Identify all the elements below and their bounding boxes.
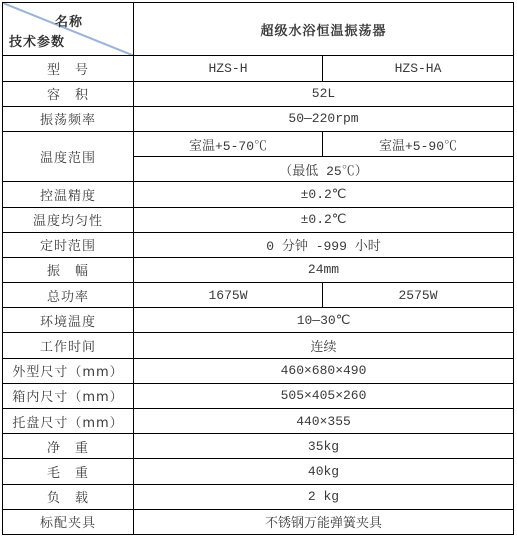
temperature-range-value-2: 室温+5-90℃ — [323, 131, 514, 156]
capacity-value: 52L — [134, 81, 514, 106]
inner-dimensions-value: 505×405×260 — [134, 383, 514, 408]
spec-table: 名称 技术参数 超级水浴恒温振荡器 型 号 HZS-H HZS-HA 容 积 5… — [2, 2, 514, 535]
corner-label-tech-params: 技术参数 — [9, 31, 65, 50]
timing-range-value: 0 分钟 -999 小时 — [134, 232, 514, 257]
oscillation-frequency-value: 50—220rpm — [134, 106, 514, 131]
temperature-range-note: （最低 25℃） — [134, 157, 514, 182]
amplitude-value: 24mm — [134, 257, 514, 282]
table-row-temperature-range: 温度范围 室温+5-70℃ 室温+5-90℃ — [3, 131, 514, 156]
standard-clamp-value: 不锈钢万能弹簧夹具 — [134, 509, 514, 534]
table-row-outer-dimensions: 外型尺寸（mm） 460×680×490 — [3, 358, 514, 383]
row-label: 箱内尺寸（mm） — [3, 383, 134, 408]
row-label: 型 号 — [3, 56, 134, 81]
total-power-value-1: 1675W — [134, 283, 323, 308]
load-value: 2 kg — [134, 484, 514, 509]
row-label: 容 积 — [3, 81, 134, 106]
table-row-oscillation-frequency: 振荡频率 50—220rpm — [3, 106, 514, 131]
table-row-working-time: 工作时间 连续 — [3, 333, 514, 358]
gross-weight-value: 40kg — [134, 459, 514, 484]
table-row-temp-uniformity: 温度均匀性 ±0.2℃ — [3, 207, 514, 232]
table-row-total-power: 总功率 1675W 2575W — [3, 283, 514, 308]
row-label: 毛 重 — [3, 459, 134, 484]
tray-dimensions-value: 440×355 — [134, 409, 514, 434]
table-row-inner-dimensions: 箱内尺寸（mm） 505×405×260 — [3, 383, 514, 408]
table-row-gross-weight: 毛 重 40kg — [3, 459, 514, 484]
row-label: 负 载 — [3, 484, 134, 509]
table-row-temp-control-accuracy: 控温精度 ±0.2℃ — [3, 182, 514, 207]
ambient-temperature-value: 10—30℃ — [134, 308, 514, 333]
table-row-timing-range: 定时范围 0 分钟 -999 小时 — [3, 232, 514, 257]
product-title: 超级水浴恒温振荡器 — [134, 3, 514, 56]
row-label: 温度范围 — [3, 131, 134, 181]
row-label: 净 重 — [3, 434, 134, 459]
table-row-capacity: 容 积 52L — [3, 81, 514, 106]
row-label: 温度均匀性 — [3, 207, 134, 232]
row-label: 控温精度 — [3, 182, 134, 207]
row-label: 振荡频率 — [3, 106, 134, 131]
model-value-2: HZS-HA — [323, 56, 514, 81]
table-row-net-weight: 净 重 35kg — [3, 434, 514, 459]
net-weight-value: 35kg — [134, 434, 514, 459]
row-label: 工作时间 — [3, 333, 134, 358]
row-label: 定时范围 — [3, 232, 134, 257]
table-row-model: 型 号 HZS-H HZS-HA — [3, 56, 514, 81]
row-label: 托盘尺寸（mm） — [3, 409, 134, 434]
row-label: 外型尺寸（mm） — [3, 358, 134, 383]
working-time-value: 连续 — [134, 333, 514, 358]
temp-control-accuracy-value: ±0.2℃ — [134, 182, 514, 207]
corner-cell: 名称 技术参数 — [3, 3, 134, 56]
table-row-load: 负 载 2 kg — [3, 484, 514, 509]
row-label: 环境温度 — [3, 308, 134, 333]
corner-label-name: 名称 — [55, 11, 83, 30]
row-label: 总功率 — [3, 283, 134, 308]
table-row-standard-clamp: 标配夹具 不锈钢万能弹簧夹具 — [3, 509, 514, 534]
table-row-amplitude: 振 幅 24mm — [3, 257, 514, 282]
spec-table-container: 名称 技术参数 超级水浴恒温振荡器 型 号 HZS-H HZS-HA 容 积 5… — [2, 2, 514, 535]
table-header-row: 名称 技术参数 超级水浴恒温振荡器 — [3, 3, 514, 56]
temp-uniformity-value: ±0.2℃ — [134, 207, 514, 232]
row-label: 标配夹具 — [3, 509, 134, 534]
outer-dimensions-value: 460×680×490 — [134, 358, 514, 383]
model-value-1: HZS-H — [134, 56, 323, 81]
table-row-ambient-temperature: 环境温度 10—30℃ — [3, 308, 514, 333]
row-label: 振 幅 — [3, 257, 134, 282]
temperature-range-value-1: 室温+5-70℃ — [134, 131, 323, 156]
table-row-tray-dimensions: 托盘尺寸（mm） 440×355 — [3, 409, 514, 434]
total-power-value-2: 2575W — [323, 283, 514, 308]
